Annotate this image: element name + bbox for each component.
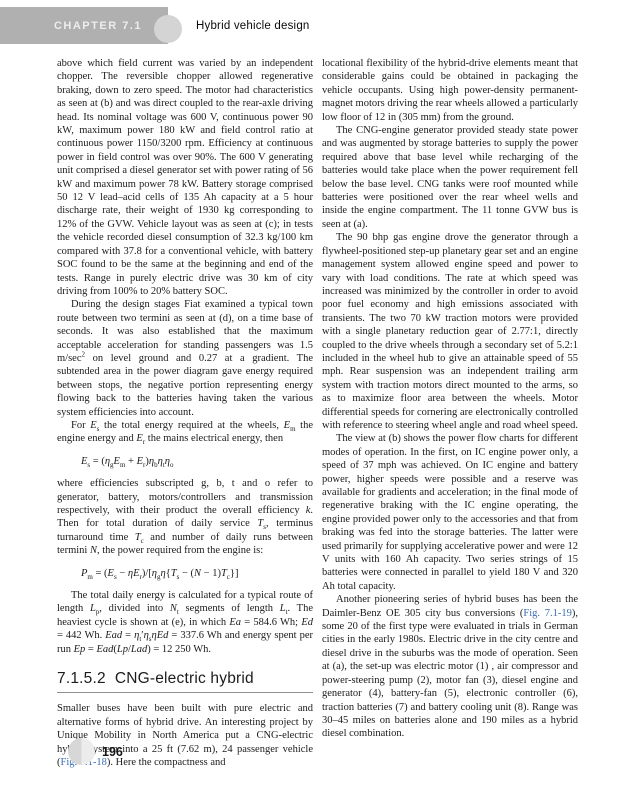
section-heading: 7.1.5.2 CNG-electric hybrid xyxy=(57,672,313,693)
text-run: The view at (b) shows the power flow cha… xyxy=(322,433,578,591)
page-number-badge: 196 xyxy=(68,738,123,765)
text-run: , the power required from the engine is: xyxy=(97,545,263,556)
paragraph: During the design stages Fiat examined a… xyxy=(57,298,313,419)
text-run: Ead xyxy=(105,630,122,641)
text-run: Ed xyxy=(157,630,169,641)
text-run: The CNG-engine generator provided steady… xyxy=(322,125,578,230)
paragraph: For Es the total energy required at the … xyxy=(57,419,313,446)
right-column: locational flexibility of the hybrid-dri… xyxy=(322,57,578,770)
text-run: segments of length xyxy=(179,603,280,614)
equation: Es = (ηgEm + Er)ηbηtηo xyxy=(81,455,313,468)
paragraph: where efficiencies subscripted g, b, t a… xyxy=(57,477,313,557)
text-run: For xyxy=(71,420,90,431)
text-run: ) = 12 250 Wh. xyxy=(147,644,211,655)
figure-link[interactable]: Fig. 7.1-19 xyxy=(523,608,571,619)
text-run: − 1) xyxy=(201,568,221,579)
text-run: ). Here the compactness and xyxy=(107,757,226,768)
text-run: N xyxy=(170,603,177,614)
text-run: Ea xyxy=(229,617,241,628)
text-run: = ( xyxy=(93,568,108,579)
text-run: Ead xyxy=(96,644,113,655)
page-number: 196 xyxy=(102,745,123,759)
text-run: = 442 Wh. xyxy=(57,630,105,641)
text-run: = xyxy=(85,644,96,655)
text-run: Ep xyxy=(74,644,86,655)
text-run: }] xyxy=(230,568,239,579)
text-run: = ( xyxy=(90,456,105,467)
paragraph: above which field current was varied by … xyxy=(57,57,313,298)
text-run: Ed xyxy=(301,617,313,628)
chapter-header-bar: CHAPTER 7.1 xyxy=(0,7,168,44)
text-run: + xyxy=(125,456,136,467)
text-run: = xyxy=(122,630,134,641)
paragraph: The CNG-engine generator provided steady… xyxy=(322,124,578,231)
text-run: , divided into xyxy=(99,603,170,614)
text-run: o xyxy=(170,461,174,469)
text-run: where efficiencies subscripted g, b, t a… xyxy=(57,478,313,516)
paragraph: The 90 bhp gas engine drove the generato… xyxy=(322,231,578,432)
text-run: )/[ xyxy=(142,568,152,579)
text-run: N xyxy=(194,568,201,579)
paragraph: The view at (b) shows the power flow cha… xyxy=(322,432,578,593)
text-run: The 90 bhp gas engine drove the generato… xyxy=(322,232,578,431)
text-run: − ( xyxy=(179,568,194,579)
equation: Pm = (Es − ηEr)/[ηgη{Ts − (N − 1)Tc}] xyxy=(81,567,313,580)
page-badge-circle-icon xyxy=(68,738,95,765)
text-run: ), some 20 of the first type were evalua… xyxy=(322,608,578,740)
text-run: Lad xyxy=(131,644,147,655)
text-run: the mains electrical energy, then xyxy=(145,433,283,444)
text-run: 7.1.5.2 CNG-electric hybrid xyxy=(57,670,254,687)
text-run: the total energy required at the wheels, xyxy=(99,420,283,431)
two-column-text-area: above which field current was varied by … xyxy=(57,57,578,770)
text-run: above which field current was varied by … xyxy=(57,58,313,297)
paragraph: Another pioneering series of hybrid buse… xyxy=(322,593,578,740)
text-run: N xyxy=(90,545,97,556)
text-run: on level ground and 0.27 at a gradient. … xyxy=(57,353,313,418)
chapter-label: CHAPTER 7.1 xyxy=(54,20,142,32)
text-run: Lp xyxy=(117,644,128,655)
paragraph: The total daily energy is calculated for… xyxy=(57,589,313,656)
chapter-circle-icon xyxy=(154,15,182,43)
text-run: locational flexibility of the hybrid-dri… xyxy=(322,58,578,123)
left-column: above which field current was varied by … xyxy=(57,57,313,770)
paragraph: locational flexibility of the hybrid-dri… xyxy=(322,57,578,124)
book-page: CHAPTER 7.1 Hybrid vehicle design above … xyxy=(0,0,626,800)
text-run: − xyxy=(117,568,128,579)
text-run: = 584.6 Wh; xyxy=(241,617,301,628)
running-head-title: Hybrid vehicle design xyxy=(196,7,310,44)
